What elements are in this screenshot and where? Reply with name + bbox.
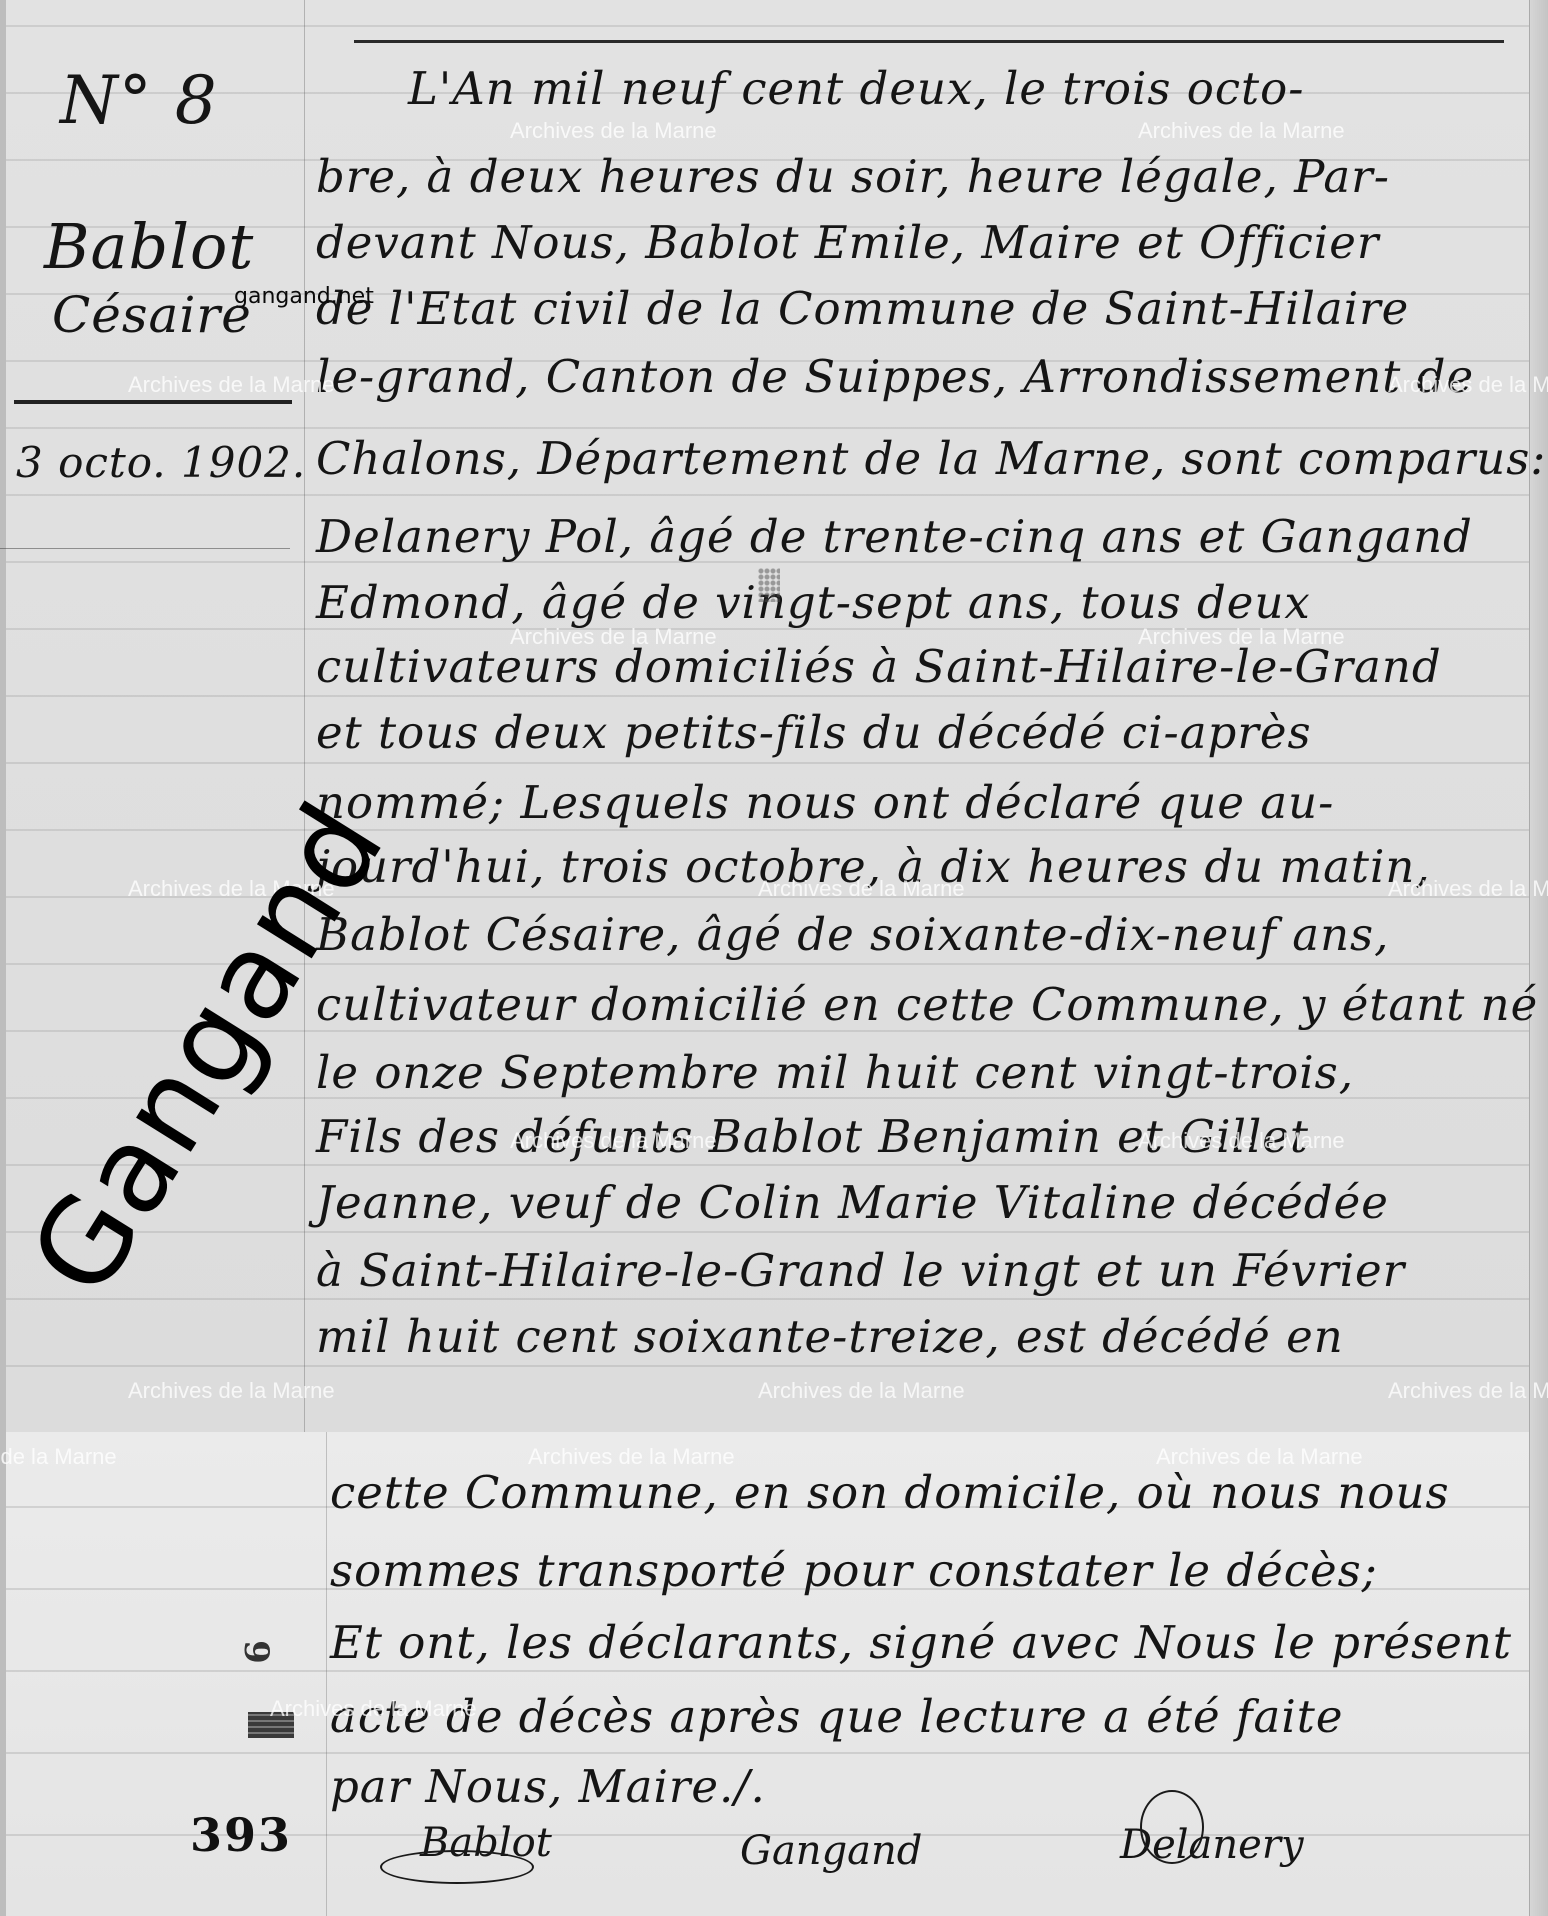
archive-watermark: Archives de la Marne <box>1388 372 1548 398</box>
archive-watermark: Archives de la Marne <box>758 876 965 902</box>
body-line: et tous deux petits-fils du décédé ci-ap… <box>316 706 1312 759</box>
body-line: le onze Septembre mil huit cent vingt-tr… <box>316 1046 1354 1099</box>
archive-watermark: Archives de la Marne <box>128 1378 335 1404</box>
ink-stamp-smudge <box>758 568 780 602</box>
page-right-edge <box>1529 0 1548 1916</box>
body-line: Bablot Césaire, âgé de soixante-dix-neuf… <box>316 908 1389 961</box>
body-line: par Nous, Maire./. <box>330 1760 766 1813</box>
body-line: acte de décès après que lecture a été fa… <box>330 1690 1343 1743</box>
archive-watermark: Archives de la Marne <box>0 1444 117 1470</box>
side-stamp-digit: 9 <box>236 1640 276 1664</box>
margin-date: 3 octo. 1902. <box>16 438 306 487</box>
margin-surname: Bablot <box>44 210 254 283</box>
page-stamp-number: 393 <box>190 1808 292 1862</box>
body-line: Delanery Pol, âgé de trente-cinq ans et … <box>316 510 1473 563</box>
body-line: de l'Etat civil de la Commune de Saint-H… <box>316 282 1409 335</box>
signature-gangand: Gangand <box>740 1828 922 1874</box>
signature-flourish <box>380 1850 534 1884</box>
body-line: à Saint-Hilaire-le-Grand le vingt et un … <box>316 1244 1405 1297</box>
archive-watermark: Archives de la Marne <box>1388 1378 1548 1404</box>
signature-flourish <box>1140 1790 1204 1864</box>
margin-rule <box>304 0 305 1432</box>
margin-rule-lower <box>326 1432 327 1916</box>
site-watermark: gangand.net <box>234 284 374 309</box>
archive-watermark: Archives de la Marne <box>510 118 717 144</box>
archive-watermark: Archives de la Marne <box>270 1696 477 1722</box>
body-line: Edmond, âgé de vingt-sept ans, tous deux <box>316 576 1311 629</box>
archive-watermark: Archives de la Marne <box>1156 1444 1363 1470</box>
body-line: cultivateur domicilié en cette Commune, … <box>316 978 1538 1031</box>
register-page: N° 8 Bablot Césaire 3 octo. 1902. L'An m… <box>0 0 1548 1916</box>
archive-watermark: Archives de la Marne <box>1138 1128 1345 1154</box>
body-line: Et ont, les déclarants, signé avec Nous … <box>330 1616 1512 1669</box>
page-left-edge <box>0 0 6 1916</box>
archive-watermark: Archives de la Marne <box>758 1378 965 1404</box>
record-number: N° 8 <box>60 62 218 139</box>
body-line: bre, à deux heures du soir, heure légale… <box>316 150 1390 203</box>
body-line: mil huit cent soixante-treize, est décéd… <box>316 1310 1344 1363</box>
archive-watermark: Archives de la Marne <box>510 1128 717 1154</box>
margin-given-name: Césaire <box>52 286 252 344</box>
body-line: nommé; Lesquels nous ont déclaré que au- <box>316 776 1334 829</box>
archive-watermark: Archives de la Marne <box>128 372 335 398</box>
archive-watermark: Archives de la Marne <box>510 624 717 650</box>
body-line: Chalons, Département de la Marne, sont c… <box>316 432 1546 485</box>
archive-watermark: Archives de la Marne <box>1388 876 1548 902</box>
body-line: L'An mil neuf cent deux, le trois octo- <box>408 62 1304 115</box>
margin-divider-line <box>14 400 292 404</box>
body-line: sommes transporté pour constater le décè… <box>330 1544 1378 1597</box>
body-line: devant Nous, Bablot Emile, Maire et Offi… <box>316 216 1379 269</box>
archive-watermark: Archives de la Marne <box>1138 624 1345 650</box>
archive-watermark: Archives de la Marne <box>1138 118 1345 144</box>
record-top-rule <box>354 40 1504 43</box>
archive-watermark: Archives de la Marne <box>528 1444 735 1470</box>
margin-lower-line <box>0 548 290 549</box>
body-line: cette Commune, en son domicile, où nous … <box>330 1466 1450 1519</box>
body-line: le-grand, Canton de Suippes, Arrondissem… <box>316 350 1474 403</box>
body-line: Jeanne, veuf de Colin Marie Vitaline déc… <box>316 1176 1389 1229</box>
